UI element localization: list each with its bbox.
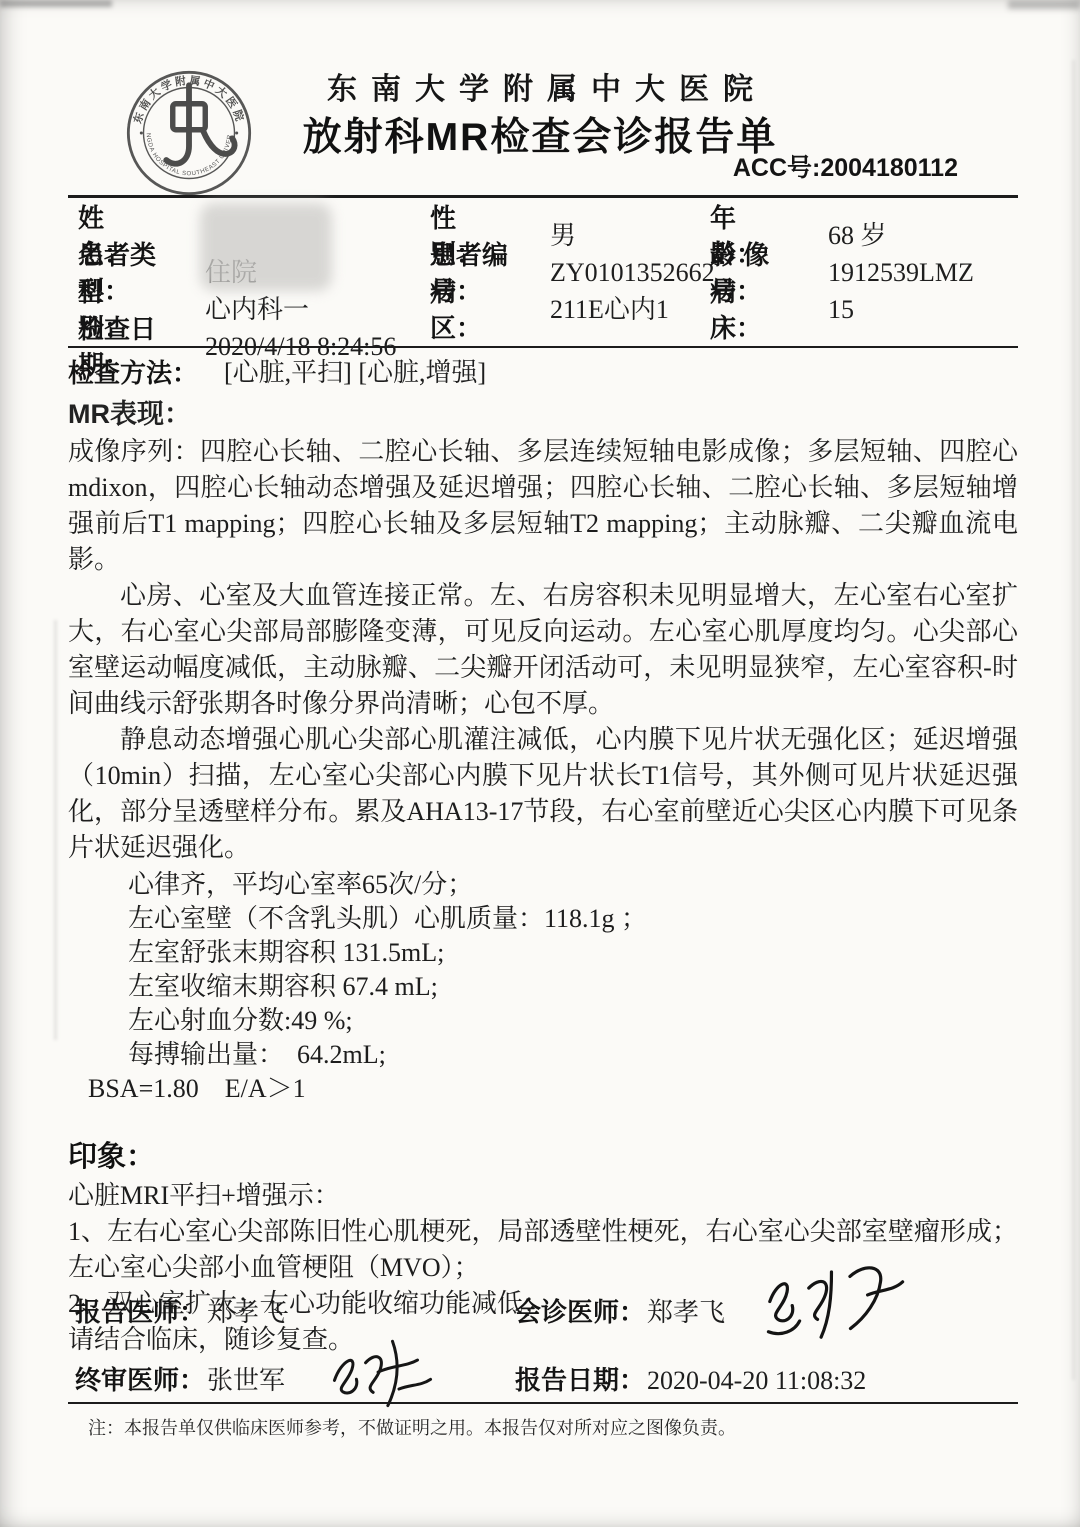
- department-value: 心内科一: [205, 292, 430, 328]
- patient-id-value: ZY0101352662: [550, 255, 710, 291]
- measurement-heart-rate: 心律齐，平均心室率65次/分；: [128, 868, 1018, 902]
- sex-value: 男: [550, 218, 710, 254]
- findings-paragraph-morphology: 心房、心室及大血管连接正常。左、右房容积未见明显增大，左心室右心室扩大，右心室心…: [68, 578, 1018, 722]
- exam-method-value: [心脏,平扫] [心脏,增强]: [224, 352, 486, 394]
- measurement-stroke-volume: 每搏输出量： 64.2mL;: [128, 1038, 1018, 1072]
- report-body: 检查方法： [心脏,平扫] [心脏,增强] MR表现： 成像序列：四腔心长轴、二…: [68, 352, 1018, 1358]
- consult-doctor-handwritten-signature: [744, 1249, 921, 1353]
- findings-paragraph-enhancement: 静息动态增强心肌心尖部心肌灌注减低，心内膜下见片状无强化区；延迟增强（10min…: [68, 722, 1018, 866]
- divider-footer: [68, 1402, 1018, 1404]
- report-doctor-label: 报告医师：: [75, 1292, 207, 1329]
- exam-method-row: 检查方法： [心脏,平扫] [心脏,增强]: [68, 352, 1018, 394]
- age-value: 68 岁: [828, 218, 1020, 254]
- ward-value: 211E心内1: [550, 292, 710, 328]
- ward-label: 病 区：: [430, 274, 550, 346]
- measurement-esv: 左室收缩末期容积 67.4 mL;: [128, 970, 1018, 1004]
- acc-number: ACC号:2004180112: [733, 148, 958, 184]
- findings-paragraph-sequences: 成像序列：四腔心长轴、二腔心长轴、多层连续短轴电影成像；多层短轴、四腔心mdix…: [68, 434, 1018, 578]
- bed-value: 15: [828, 292, 1020, 328]
- image-id-value: 1912539LMZ: [828, 255, 1020, 291]
- report-date-value: 2020-04-20 11:08:32: [647, 1366, 955, 1396]
- exam-method-label: 检查方法：: [68, 352, 198, 394]
- report-page: 东南大学附属中大医院 ZHONGDA HOSPITAL SOUTHEAST UN…: [0, 0, 1080, 1527]
- report-date-label: 报告日期：: [515, 1360, 647, 1397]
- impression-intro: 心脏MRI平扫+增强示：: [68, 1178, 1018, 1214]
- divider-info: [68, 346, 1018, 348]
- scan-smudge: [1008, 0, 1080, 9]
- measurement-myocardial-mass: 左心室壁（不含乳头肌）心肌质量：118.1g ；: [128, 902, 1018, 936]
- footnote-disclaimer: 注：本报告单仅供临床医师参考，不做证明之用。本报告仅对所对应之图像负责。: [88, 1414, 1010, 1442]
- mr-findings-title: MR表现：: [68, 394, 1018, 434]
- scan-smudge: [0, 0, 112, 7]
- hospital-name: 东南大学附属中大医院: [0, 64, 1080, 108]
- scan-streak: [54, 620, 57, 1040]
- report-doctor-name: 郑孝飞: [207, 1292, 515, 1329]
- measurement-edv: 左室舒张末期容积 131.5mL;: [128, 936, 1018, 970]
- measurement-ef: 左心射血分数:49 %;: [128, 1004, 1018, 1038]
- patient-info-table: 姓 名： 性 别： 男 年 龄： 68 岁 患者类型： 住院 患者编号： ZY0…: [0, 200, 1080, 348]
- consult-doctor-label: 会诊医师：: [515, 1292, 647, 1329]
- divider-header: [68, 195, 1018, 198]
- name-redaction-blur: [200, 203, 332, 291]
- final-doctor-label: 终审医师：: [75, 1360, 207, 1397]
- signature-row-2: 终审医师： 张世军 报告日期： 2020-04-20 11:08:32: [0, 1360, 1040, 1397]
- measurement-list: 心律齐，平均心室率65次/分； 左心室壁（不含乳头肌）心肌质量：118.1g ；…: [68, 868, 1018, 1106]
- bed-label: 病 床：: [710, 274, 828, 346]
- measurement-bsa-ea: BSA=1.80 E/A＞1: [88, 1072, 1018, 1106]
- impression-title: 印象：: [68, 1136, 1018, 1178]
